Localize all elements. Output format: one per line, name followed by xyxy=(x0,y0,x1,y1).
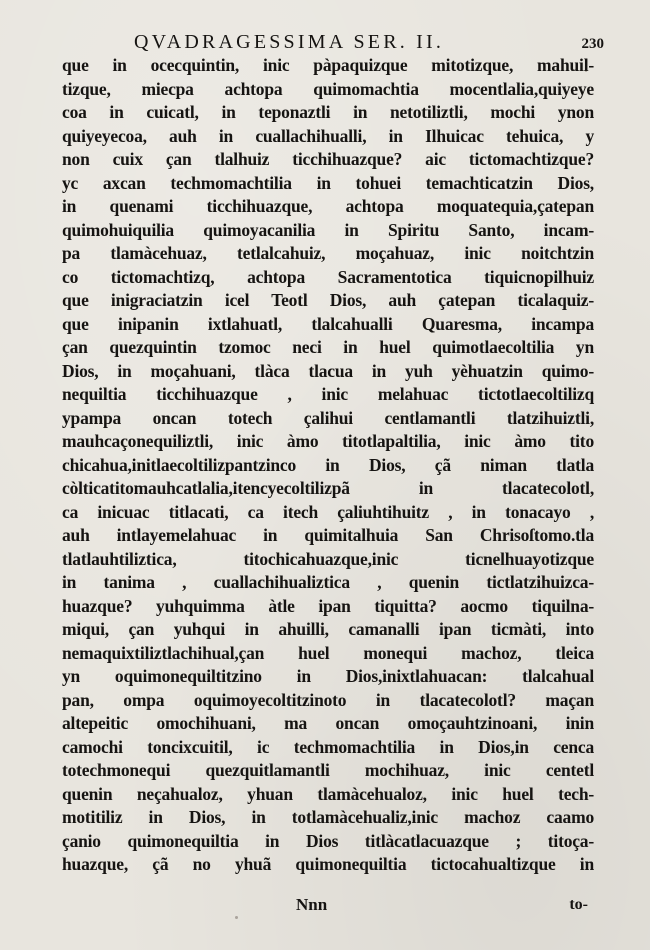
text-line: camochi toncixcuitil, ic techmomachtilia… xyxy=(62,736,594,760)
text-line: còlticatitomauhcatlalia,itencyecoltilizp… xyxy=(62,477,594,501)
page-footer: Nnn to- xyxy=(62,894,594,916)
text-line: nemaquixtiliztlachihual,çan huel monequi… xyxy=(62,642,594,666)
text-line: Dios, in moçahuani, tlàca tlacua in yuh … xyxy=(62,360,594,384)
text-line: tlatlauhtiliztica, titochicahuazque,inic… xyxy=(62,548,594,572)
text-line: que inigraciatzin icel Teotl Dios, auh ç… xyxy=(62,289,594,313)
text-line: que inipanin ixtlahuatl, tlalcahualli Qu… xyxy=(62,313,594,337)
text-line: huazque? yuhquimma àtle ipan tiquitta? a… xyxy=(62,595,594,619)
text-line: huazque, çã no yhuã quimonequiltia ticto… xyxy=(62,853,594,877)
catchword: to- xyxy=(569,894,588,916)
text-line: tizque, miecpa achtopa quimomachtia moce… xyxy=(62,78,594,102)
text-line: çanio quimonequiltia in Dios titlàcatlac… xyxy=(62,830,594,854)
text-line: in tanima , cuallachihualiztica , quenin… xyxy=(62,571,594,595)
folio-number: 230 xyxy=(582,34,605,54)
text-line: motitiliz in Dios, in totlamàcehualiz,in… xyxy=(62,806,594,830)
signature-mark: Nnn xyxy=(296,894,327,916)
text-line: in quenami ticchihuazque, achtopa moquat… xyxy=(62,195,594,219)
text-line: miqui, çan yuhqui in ahuilli, camanalli … xyxy=(62,618,594,642)
text-line: auh intlayemelahuac in quimitalhuia San … xyxy=(62,524,594,548)
text-line: coa in cuicatl, in teponaztli in netotil… xyxy=(62,101,594,125)
text-line: ca inicuac titlacati, ca itech çaliuhtih… xyxy=(62,501,594,525)
paper-speck xyxy=(585,70,587,72)
paper-speck xyxy=(235,916,238,919)
text-line: pan, ompa oquimoyecoltitzinoto in tlacat… xyxy=(62,689,594,713)
text-line: que in ocecquintin, inic pàpaquizque mit… xyxy=(62,54,594,78)
text-line: co tictomachtizq, achtopa Sacramentotica… xyxy=(62,266,594,290)
text-line: quimohuiquilia quimoyacanilia in Spiritu… xyxy=(62,219,594,243)
text-line: quenin neçahualoz, yhuan tlamàcehualoz, … xyxy=(62,783,594,807)
sermon-text-block: que in ocecquintin, inic pàpaquizque mit… xyxy=(62,54,594,877)
text-line: çan quezquintin tzomoc neci in huel quim… xyxy=(62,336,594,360)
running-head: QVADRAGESSIMA SER. II. xyxy=(134,30,444,54)
page-header: QVADRAGESSIMA SER. II. 230 xyxy=(134,30,604,54)
text-line: chicahua,initlaecoltilizpantzinco in Dio… xyxy=(62,454,594,478)
text-line: altepeitic omochihuani, ma oncan omoçauh… xyxy=(62,712,594,736)
text-line: mauhcaçonequiliztli, inic àmo titotlapal… xyxy=(62,430,594,454)
text-line: totechmonequi quezquitlamantli mochihuaz… xyxy=(62,759,594,783)
text-line: non cuix çan tlalhuiz ticchihuazque? aic… xyxy=(62,148,594,172)
text-line: ypampa oncan totech çalihui centlamantli… xyxy=(62,407,594,431)
text-line: quiyeyecoa, auh in cuallachihualli, in I… xyxy=(62,125,594,149)
text-line: nequiltia ticchihuazque , inic melahuac … xyxy=(62,383,594,407)
text-line: yn oquimonequiltitzino in Dios,inixtlahu… xyxy=(62,665,594,689)
text-line: yc axcan techmomachtilia in tohuei temac… xyxy=(62,172,594,196)
scanned-page: QVADRAGESSIMA SER. II. 230 que in ocecqu… xyxy=(0,0,650,950)
text-line: pa tlamàcehuaz, tetlalcahuiz, moçahuaz, … xyxy=(62,242,594,266)
